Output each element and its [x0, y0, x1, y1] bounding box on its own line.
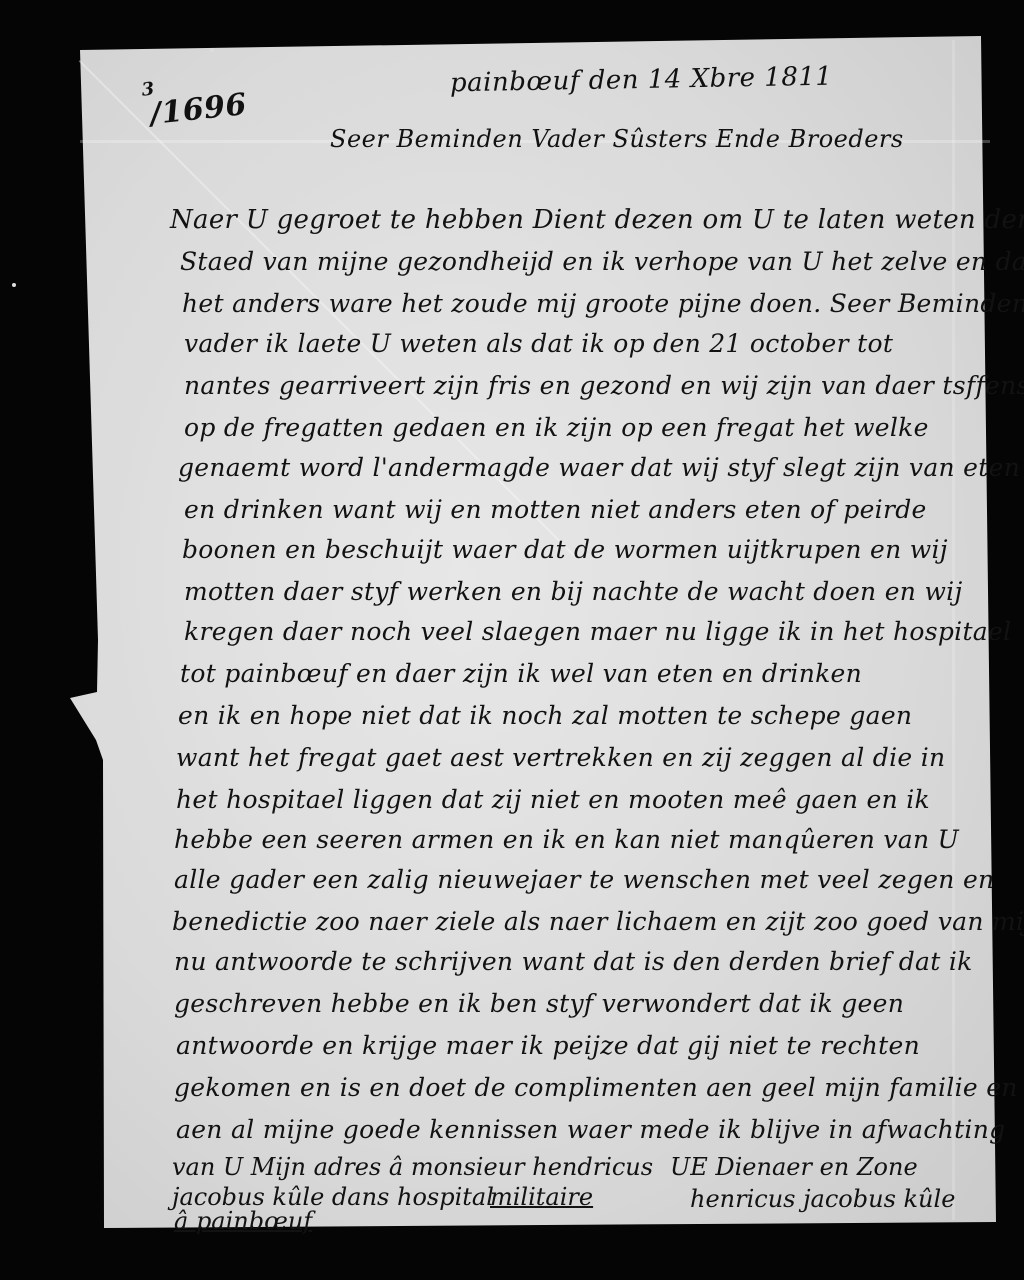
closing-formula: UE Dienaer en Zone	[670, 1153, 918, 1181]
body-line: boonen en beschuijt waer dat de wormen u…	[182, 535, 948, 564]
body-line: op de fregatten gedaen en ik zijn op een…	[184, 413, 929, 442]
body-line: motten daer styf werken en bij nachte de…	[184, 577, 963, 606]
address-line-3: â painbœuf	[174, 1207, 312, 1235]
dust-speck	[12, 283, 16, 287]
body-line: vader ik laete U weten als dat ik op den…	[184, 329, 893, 358]
address-militaire: militaire	[490, 1183, 593, 1211]
salutation: Seer Beminden Vader Sûsters Ende Broeder…	[330, 125, 904, 153]
body-line: kregen daer noch veel slaegen maer nu li…	[184, 617, 1011, 646]
body-line: en drinken want wij en motten niet ander…	[184, 495, 927, 524]
body-line: het hospitael liggen dat zij niet en moo…	[176, 785, 930, 814]
body-line: hebbe een seeren armen en ik en kan niet…	[174, 825, 959, 854]
archive-number-top: 3	[141, 79, 156, 101]
body-line: en ik en hope niet dat ik noch zal motte…	[178, 701, 912, 730]
body-line: nantes gearriveert zijn fris en gezond e…	[184, 371, 1024, 400]
body-line: want het fregat gaet aest vertrekken en …	[176, 743, 945, 772]
address-line-1: van U Mijn adres â monsieur hendricus	[172, 1153, 653, 1181]
body-line: genaemt word l'andermagde waer dat wij s…	[178, 453, 1020, 482]
body-line: antwoorde en krijge maer ik peijze dat g…	[176, 1031, 920, 1060]
body-line: het anders ware het zoude mij groote pij…	[182, 289, 1024, 318]
body-line: Staed van mijne gezondheijd en ik verhop…	[180, 247, 1024, 276]
body-line: gekomen en is en doet de complimenten ae…	[174, 1073, 1018, 1102]
signature: henricus jacobus kûle	[690, 1185, 955, 1213]
dust-speck	[92, 720, 96, 724]
body-line: alle gader een zalig nieuwejaer te wensc…	[174, 865, 994, 894]
body-line: tot painbœuf en daer zijn ik wel van ete…	[180, 659, 862, 688]
body-line: aen al mijne goede kennissen waer mede i…	[176, 1115, 1005, 1144]
body-line: geschreven hebbe en ik ben styf verwonde…	[174, 989, 904, 1018]
body-line: nu antwoorde te schrijven want dat is de…	[174, 947, 973, 976]
body-line: benedictie zoo naer ziele als naer licha…	[172, 907, 1024, 936]
body-line: Naer U gegroet te hebben Dient dezen om …	[170, 205, 1024, 235]
dust-speck	[210, 48, 214, 52]
